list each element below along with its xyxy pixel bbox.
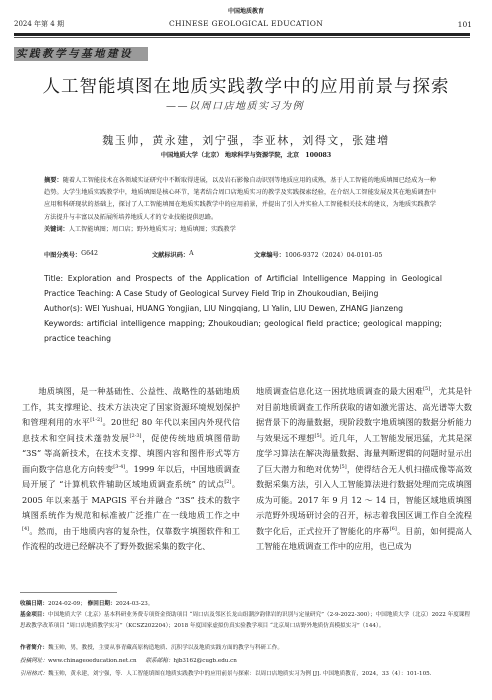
contact-email[interactable]: hjb3162@cugb.edu.cn xyxy=(173,658,236,664)
page-number: 101 xyxy=(458,20,472,29)
en-title-line: Title: Exploration and Prospects of the … xyxy=(44,271,442,301)
header-rule-thin xyxy=(14,37,470,38)
en-authors-label: Author(s): xyxy=(44,304,82,313)
citation-ref[interactable]: [5] xyxy=(315,433,322,439)
footnote-divider xyxy=(20,592,117,593)
paper-page: 中国地质教育 2024 年第 4 期 CHINESE GEOLOGICAL ED… xyxy=(0,0,492,700)
clc-label: 中图分类号： xyxy=(44,252,81,259)
url-label: 投稿网址： xyxy=(20,658,48,664)
submission-url[interactable]: www.chinageoeducation.net.cn xyxy=(48,658,137,664)
section-tag: 实践教学与基地建设 xyxy=(14,47,148,61)
body-column-right: 地质调查信息化这一困扰地质调查的最大困难[5]，尤其是针对目前地质调查工作所获取… xyxy=(256,384,472,555)
article-title: 人工智能填图在地质实践教学中的应用前景与探索 xyxy=(0,73,492,98)
author-bio-label: 作者简介： xyxy=(20,645,48,651)
citation-ref[interactable]: [5] xyxy=(340,464,347,470)
keywords-label-cn: 关键词： xyxy=(44,226,69,233)
en-authors-line: Author(s): WEI Yushuai, HUANG Yongjian, … xyxy=(44,301,442,316)
footnote-dates: 收稿日期：2024-02-09； 修回日期：2024-03-23。 xyxy=(20,599,470,610)
fund-label: 基金项目： xyxy=(20,612,48,618)
revised-date: 2024-03-23。 xyxy=(116,601,154,607)
english-abstract-block: Title: Exploration and Prospects of the … xyxy=(44,271,442,346)
body-paragraph: 地质调查信息化这一困扰地质调查的最大困难[5]，尤其是针对目前地质调查工作所获取… xyxy=(256,384,472,555)
journal-name-cn: 中国地质教育 xyxy=(0,6,492,15)
article-subtitle: ——以周口店地质实习为例 xyxy=(166,97,304,112)
citation-ref[interactable]: [1-2] xyxy=(90,417,102,423)
body-text: 地质调查信息化这一困扰地质调查的最大困难 xyxy=(256,386,423,396)
body-paragraph: 地质填图，是一种基础性、公益性、战略性的基础地质工作，其支撑理论、技术方法决定了… xyxy=(22,384,240,555)
fund-text: 中国地质大学（北京）基本科研业务费专项资金资助项目 “周口店及邻区长龙山组潮汐韵… xyxy=(20,612,470,629)
clc-value: G642 xyxy=(81,250,98,257)
en-keywords: artificial intelligence mapping; Zhoukou… xyxy=(44,319,442,343)
en-authors: WEI Yushuai, HUANG Yongjian, LIU Ningqia… xyxy=(85,304,403,313)
en-title-label: Title: xyxy=(44,274,63,283)
abstract-text: 随着人工智能技术在各领域实证研究中不断取得进展，以及岩石影像自动识别等地质应用的… xyxy=(44,177,436,221)
received-date: 2024-02-09； xyxy=(48,601,86,607)
cite-label: 引用格式： xyxy=(20,671,48,677)
cite-text: 魏玉帅，黄永建，刘宁强，等．人工智能填图在地质实践教学中的应用前景与探索：以周口… xyxy=(48,671,432,677)
en-title: Exploration and Prospects of the Applica… xyxy=(44,274,442,298)
footnote-author-bio: 作者简介：魏玉帅，男，教授，主要从事青藏高原构造地质、沉积学以及地质实践方面的教… xyxy=(20,643,470,654)
citation-ref[interactable]: [2-3] xyxy=(130,433,142,439)
author-list: 魏玉帅，黄永建，刘宁强，李亚林，刘得文，张建增 xyxy=(0,132,492,148)
en-keywords-label: Keywords: xyxy=(44,319,83,328)
body-text: 。然而，由于地质内容的复杂性，仅靠数字填图软件和工作流程的改进已经解决不了野外数… xyxy=(22,526,240,552)
citation-ref[interactable]: [3-4] xyxy=(113,464,125,470)
keywords-cn: 人工智能填图；周口店；野外地质实习；地质填图；实践教学 xyxy=(69,226,236,233)
footnote-funding: 基金项目：中国地质大学（北京）基本科研业务费专项资金资助项目 “周口店及邻区长龙… xyxy=(20,610,470,631)
email-label: 联系邮箱： xyxy=(146,658,174,664)
abstract-block: 摘要：随着人工智能技术在各领域实证研究中不断取得进展，以及岩石影像自动识别等地质… xyxy=(44,175,436,236)
footnote-citation: 引用格式：魏玉帅，黄永建，刘宁强，等．人工智能填图在地质实践教学中的应用前景与探… xyxy=(20,669,470,680)
journal-name-en: CHINESE GEOLOGICAL EDUCATION xyxy=(0,19,492,28)
footnote-contact: 投稿网址：www.chinageoeducation.net.cn 联系邮箱：h… xyxy=(20,656,470,667)
citation-ref[interactable]: [6] xyxy=(390,526,397,532)
affiliation: 中国地质大学（北京） 地球科学与资源学院，北京 100083 xyxy=(0,150,492,159)
article-no-value: 1006-9372（2024）04-0101-05 xyxy=(285,250,382,259)
revised-label: 修回日期： xyxy=(88,601,116,607)
doc-code-value: A xyxy=(189,250,193,257)
abstract-label: 摘要： xyxy=(44,177,63,184)
body-column-left: 地质填图，是一种基础性、公益性、战略性的基础地质工作，其支撑理论、技术方法决定了… xyxy=(22,384,240,555)
doc-code-label: 文献标识码： xyxy=(152,252,189,259)
received-label: 收稿日期： xyxy=(20,601,48,607)
article-no-label: 文章编号： xyxy=(254,252,285,259)
author-bio-text: 魏玉帅，男，教授，主要从事青藏高原构造地质、沉积学以及地质实践方面的教学与科研工… xyxy=(48,645,283,651)
en-keywords-line: Keywords: artificial intelligence mappin… xyxy=(44,316,442,346)
header-rule-thick xyxy=(14,33,470,36)
